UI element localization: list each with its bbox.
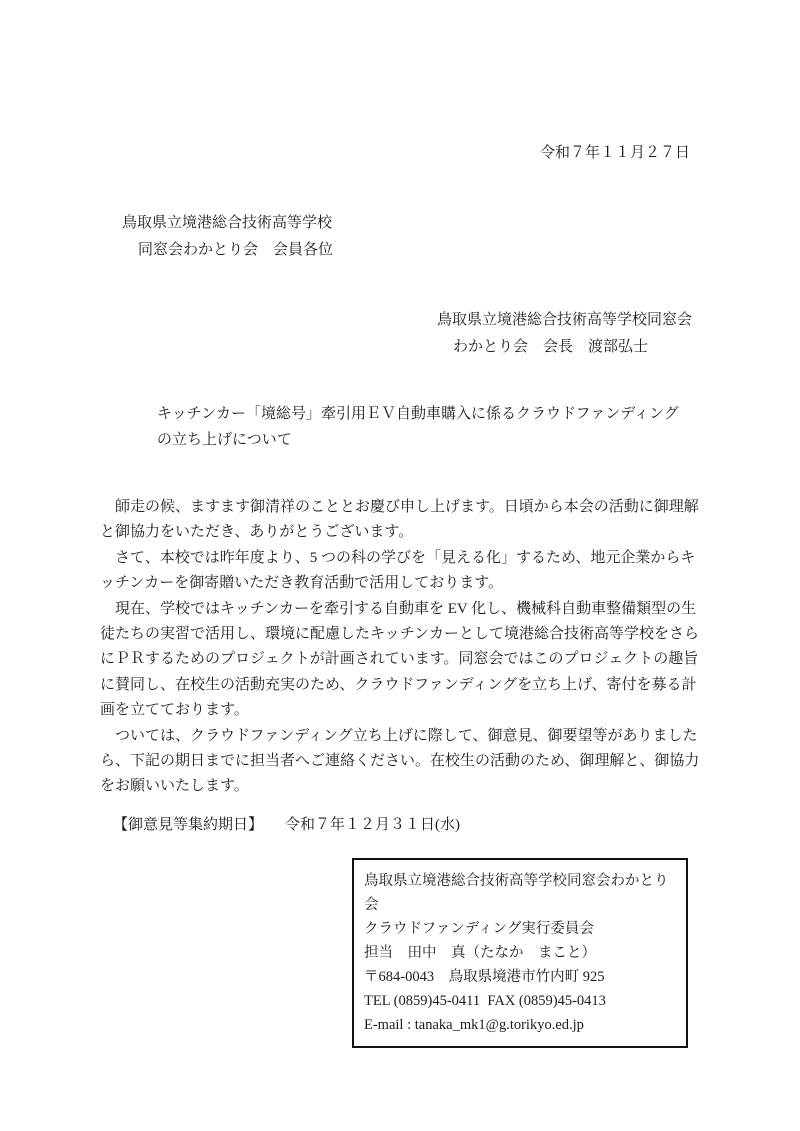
deadline-line: 【御意見等集約期日】令和７年１２月３１日(水) <box>113 813 460 834</box>
body-line: をお願いいたします。 <box>100 774 706 799</box>
recipient-school-name: 鳥取県立境港総合技術高等学校 <box>122 210 333 237</box>
body-line: ッチンカーを御寄贈いただき教育活動で活用しております。 <box>100 571 706 596</box>
contact-email: E-mail : tanaka_mk1@g.torikyo.ed.jp <box>364 1013 676 1037</box>
sender-block: 鳥取県立境港総合技術高等学校同窓会 わかとり会 会長 渡部弘士 <box>437 307 692 361</box>
body-line: ら、下記の期日までに担当者へご連絡ください。在校生の活動のため、御理解と、御協力 <box>100 749 706 774</box>
body-line: 画を立てております。 <box>100 698 706 723</box>
body-text: 師走の候、ますます御清祥のこととお慶び申し上げます。日頃から本会の活動に御理解 … <box>100 495 706 800</box>
contact-tel-fax: TEL (0859)45-0411 FAX (0859)45-0413 <box>364 989 676 1013</box>
deadline-label: 【御意見等集約期日】 <box>113 817 263 833</box>
subject-line-2: の立ち上げについて <box>157 428 679 454</box>
body-line: 現在、学校ではキッチンカーを牽引する自動車を EV 化し、機械科自動車整備類型の… <box>100 597 706 622</box>
body-line: に賛同し、在校生の活動充実のため、クラウドファンディングを立ち上げ、寄付を募る計 <box>100 673 706 698</box>
contact-box: 鳥取県立境港総合技術高等学校同窓会わかとり会 クラウドファンディング実行委員会 … <box>352 858 688 1048</box>
contact-person: 担当 田中 真（たなか まこと） <box>364 941 676 965</box>
body-line: さて、本校では昨年度より、5 つの科の学びを「見える化」するため、地元企業からキ <box>100 546 706 571</box>
subject-line-1: キッチンカー「境総号」牽引用ＥＶ自動車購入に係るクラウドファンディング <box>157 402 679 428</box>
sender-name: わかとり会 会長 渡部弘士 <box>453 334 692 361</box>
body-line: 徒たちの実習で活用し、環境に配慮したキッチンカーとして境港総合技術高等学校をさら <box>100 622 706 647</box>
body-line: 師走の候、ますます御清祥のこととお慶び申し上げます。日頃から本会の活動に御理解 <box>100 495 706 520</box>
recipient-block: 鳥取県立境港総合技術高等学校 同窓会わかとり会 会員各位 <box>122 210 333 263</box>
sender-organization: 鳥取県立境港総合技術高等学校同窓会 <box>437 307 692 334</box>
letter-date: 令和７年１１月２７日 <box>540 141 690 162</box>
body-line: にＰＲするためのプロジェクトが計画されています。同窓会ではこのプロジェクトの趣旨 <box>100 647 706 672</box>
recipient-addressee: 同窓会わかとり会 会員各位 <box>138 237 333 264</box>
deadline-date: 令和７年１２月３１日(水) <box>285 817 460 833</box>
letter-page: 令和７年１１月２７日 鳥取県立境港総合技術高等学校 同窓会わかとり会 会員各位 … <box>0 0 800 1131</box>
subject-block: キッチンカー「境総号」牽引用ＥＶ自動車購入に係るクラウドファンディング の立ち上… <box>157 402 679 453</box>
body-line: ついては、クラウドファンディング立ち上げに際して、御意見、御要望等がありました <box>100 724 706 749</box>
body-line: と御協力をいただき、ありがとうございます。 <box>100 520 706 545</box>
contact-address: 〒684-0043 鳥取県境港市竹内町 925 <box>364 965 676 989</box>
contact-organization: 鳥取県立境港総合技術高等学校同窓会わかとり会 <box>364 869 676 917</box>
contact-committee: クラウドファンディング実行委員会 <box>364 917 676 941</box>
